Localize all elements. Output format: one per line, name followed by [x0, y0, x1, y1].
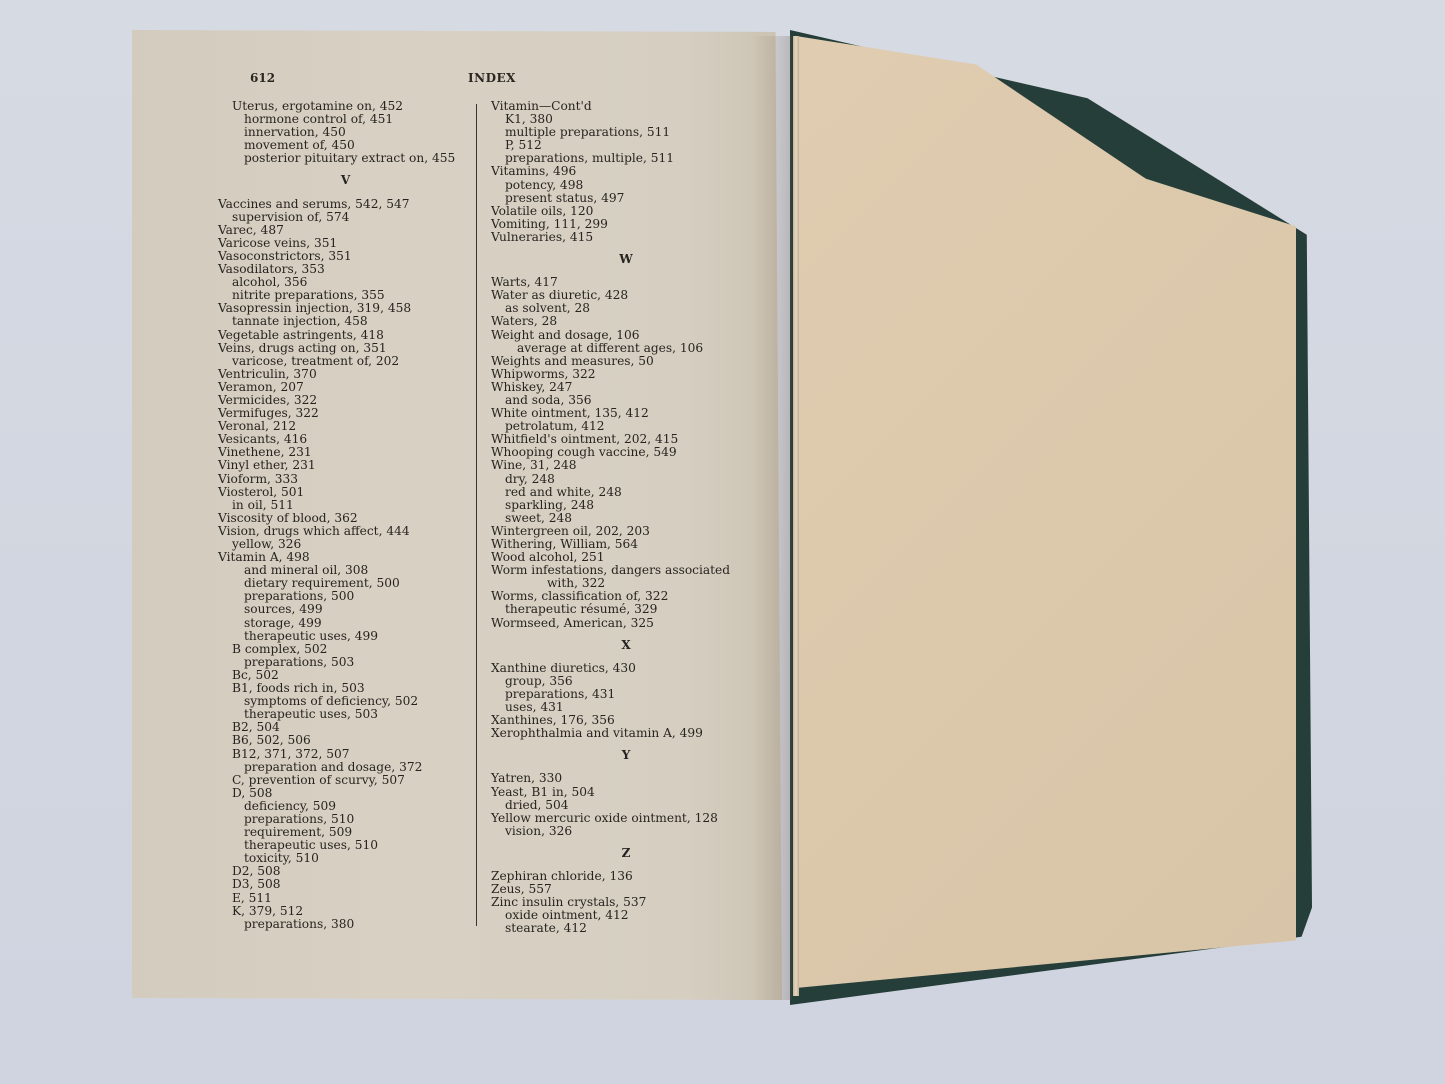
page-title: INDEX — [468, 71, 516, 85]
index-subentry: tannate injection, 458 — [218, 315, 473, 328]
index-entry: Volatile oils, 120 — [491, 205, 761, 218]
index-entry: Yatren, 330 — [491, 772, 761, 785]
index-entry: Worm infestations, dangers associated — [491, 564, 761, 577]
section-letter: V — [218, 174, 473, 187]
index-column-right: Vitamin—Cont'dK1, 380multiple preparatio… — [491, 100, 761, 935]
section-letter: Z — [491, 847, 761, 860]
index-entry: Varicose veins, 351 — [218, 237, 473, 250]
index-entry: Vitamins, 496 — [491, 165, 761, 178]
index-entry: Weights and measures, 50 — [491, 355, 761, 368]
index-entry: Vomiting, 111, 299 — [491, 218, 761, 231]
index-subentry: potency, 498 — [491, 179, 761, 192]
index-subentry: average at different ages, 106 — [491, 342, 761, 355]
index-subentry: preparations, 503 — [218, 656, 473, 669]
index-subentry: sweet, 248 — [491, 512, 761, 525]
index-entry: Wine, 31, 248 — [491, 459, 761, 472]
index-subentry: B12, 371, 372, 507 — [218, 748, 473, 761]
index-entry: Vegetable astringents, 418 — [218, 329, 473, 342]
section-letter: Y — [491, 749, 761, 762]
blank-endpaper-page — [796, 36, 1296, 988]
column-divider — [476, 104, 477, 926]
page-hinge-edge — [793, 36, 799, 996]
index-entry: Veramon, 207 — [218, 381, 473, 394]
index-entry: Yeast, B1 in, 504 — [491, 786, 761, 799]
index-entry: Whiskey, 247 — [491, 381, 761, 394]
page-number: 612 — [250, 71, 275, 85]
index-subentry: group, 356 — [491, 675, 761, 688]
index-entry: Viscosity of blood, 362 — [218, 512, 473, 525]
index-subentry: preparation and dosage, 372 — [218, 761, 473, 774]
index-entry: Wormseed, American, 325 — [491, 617, 761, 630]
index-entry: Vioform, 333 — [218, 473, 473, 486]
index-entry: Xerophthalmia and vitamin A, 499 — [491, 727, 761, 740]
index-subentry: sparkling, 248 — [491, 499, 761, 512]
index-subentry: supervision of, 574 — [218, 211, 473, 224]
section-letter: X — [491, 639, 761, 652]
index-subentry: storage, 499 — [218, 617, 473, 630]
index-subentry: dry, 248 — [491, 473, 761, 486]
section-letter: W — [491, 253, 761, 266]
index-subentry: therapeutic résumé, 329 — [491, 603, 761, 616]
index-subentry: in oil, 511 — [218, 499, 473, 512]
index-subentry: E, 511 — [218, 892, 473, 905]
index-entry: Xanthine diuretics, 430 — [491, 662, 761, 675]
index-subentry: red and white, 248 — [491, 486, 761, 499]
index-subentry: therapeutic uses, 499 — [218, 630, 473, 643]
index-entry: Vinyl ether, 231 — [218, 459, 473, 472]
index-subentry: posterior pituitary extract on, 455 — [218, 152, 473, 165]
index-subentry: varicose, treatment of, 202 — [218, 355, 473, 368]
index-entry: Veins, drugs acting on, 351 — [218, 342, 473, 355]
index-subentry: K, 379, 512 — [218, 905, 473, 918]
index-entry: Vulneraries, 415 — [491, 231, 761, 244]
index-subentry: B complex, 502 — [218, 643, 473, 656]
index-entry: Viosterol, 501 — [218, 486, 473, 499]
index-subentry: D, 508 — [218, 787, 473, 800]
index-entry: Whipworms, 322 — [491, 368, 761, 381]
index-entry: Varec, 487 — [218, 224, 473, 237]
index-subentry: deficiency, 509 — [218, 800, 473, 813]
index-entry: Ventriculin, 370 — [218, 368, 473, 381]
index-subentry: sources, 499 — [218, 603, 473, 616]
index-entry: Weight and dosage, 106 — [491, 329, 761, 342]
photo-scene: 612 INDEX Uterus, ergotamine on, 452horm… — [0, 0, 1445, 1084]
index-subentry: vision, 326 — [491, 825, 761, 838]
index-entry: Vaccines and serums, 542, 547 — [218, 198, 473, 211]
index-subentry: stearate, 412 — [491, 922, 761, 935]
index-subentry: B6, 502, 506 — [218, 734, 473, 747]
index-subentry: preparations, 380 — [218, 918, 473, 931]
index-subentry: dried, 504 — [491, 799, 761, 812]
index-subentry: present status, 497 — [491, 192, 761, 205]
index-entry: Waters, 28 — [491, 315, 761, 328]
index-subentry: D3, 508 — [218, 878, 473, 891]
index-subentry: C, prevention of scurvy, 507 — [218, 774, 473, 787]
index-column-left: Uterus, ergotamine on, 452hormone contro… — [218, 100, 473, 931]
index-entry: Yellow mercuric oxide ointment, 128 — [491, 812, 761, 825]
